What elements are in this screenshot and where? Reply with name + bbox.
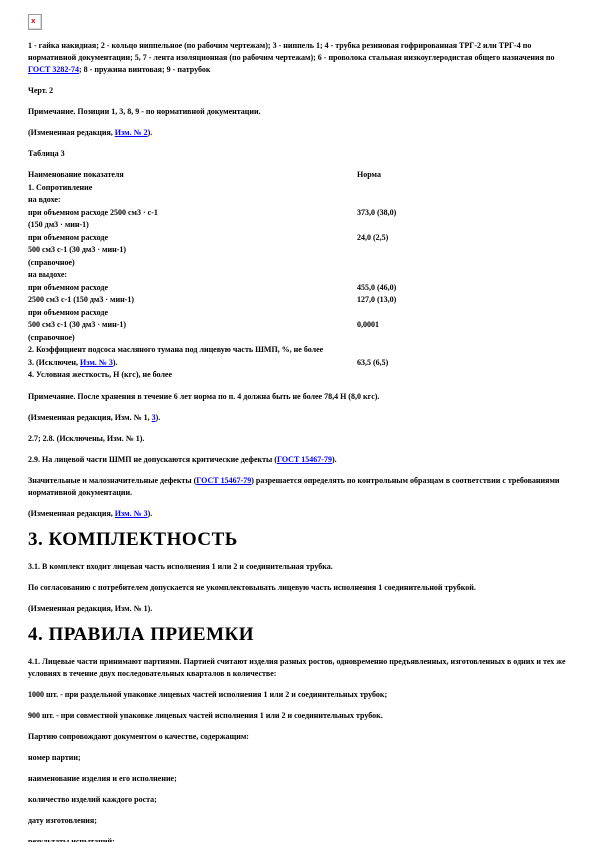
broken-image-icon: x xyxy=(28,14,42,30)
gost-3282-74-link[interactable]: ГОСТ 3282-74 xyxy=(28,65,79,74)
clause-4-1: 4.1. Лицевые части принимают партиями. П… xyxy=(28,656,570,680)
table-row: 2500 см3 с-1 (150 дм3 · мин-1) 127,0 (13… xyxy=(28,294,570,307)
table-row: (справочное) xyxy=(28,257,570,270)
table-row: (150 дм3 · мин-1) xyxy=(28,219,570,232)
figure-label: Черт. 2 xyxy=(28,85,570,97)
figure-note: Примечание. Позиции 1, 3, 8, 9 - по норм… xyxy=(28,106,570,118)
revision-note-izm1: (Измененная редакция, Изм. № 1). xyxy=(28,603,570,615)
clause-3-1-addendum: По согласованию с потребителем допускает… xyxy=(28,582,570,594)
figure-caption-text-tail: ; 8 - пружина винтовая; 9 - патрубок xyxy=(79,65,211,74)
revision-note-izm3: (Измененная редакция, Изм. № 3). xyxy=(28,508,570,520)
table-row: на выдохе: xyxy=(28,269,570,282)
table-note: Примечание. После хранения в течение 6 л… xyxy=(28,391,570,403)
clause-3-1: 3.1. В комплект входит лицевая часть исп… xyxy=(28,561,570,573)
table-row: при объемном расходе 2500 см3 · с-1 373,… xyxy=(28,207,570,220)
figure-caption-text: 1 - гайка накидная; 2 - кольцо ниппельно… xyxy=(28,41,555,62)
quality-doc-item: дату изготовления; xyxy=(28,815,570,827)
izm-3-link-2[interactable]: Изм. № 3 xyxy=(115,509,148,518)
table-row: 2. Коэффициент подсоса масляного тумана … xyxy=(28,344,570,357)
table-row: (справочное) xyxy=(28,332,570,345)
clause-2-7-2-8-excluded: 2.7; 2.8. (Исключены, Изм. № 1). xyxy=(28,433,570,445)
section-4-heading: 4. ПРАВИЛА ПРИЕМКИ xyxy=(28,624,570,646)
col-header-name: Наименование показателя xyxy=(28,169,350,182)
document-page: x 1 - гайка накидная; 2 - кольцо ниппель… xyxy=(0,0,595,842)
section-3-heading: 3. КОМПЛЕКТНОСТЬ xyxy=(28,529,570,551)
clause-2-9: 2.9. На лицевой части ШМП не допускаются… xyxy=(28,454,570,466)
table-row: 500 см3 с-1 (30 дм3 · мин-1) xyxy=(28,244,570,257)
clause-4-1-qty-900: 900 шт. - при совместной упаковке лицевы… xyxy=(28,710,570,722)
table-revision-note: (Измененная редакция, Изм. № 1, 3). xyxy=(28,412,570,424)
table-row: 1. Сопротивление xyxy=(28,182,570,195)
table-row: при объемном расходе 455,0 (46,0) xyxy=(28,282,570,295)
table-title: Таблица 3 xyxy=(28,148,570,160)
table-3: Наименование показателя Норма 1. Сопроти… xyxy=(28,169,570,382)
table-row: на вдохе: xyxy=(28,194,570,207)
izm-3-link[interactable]: Изм. № 3 xyxy=(80,358,113,367)
quality-doc-item: номер партии; xyxy=(28,752,570,764)
table-row: при объемном расходе 24,0 (2,5) xyxy=(28,232,570,245)
defects-paragraph: Значительные и малозначительные дефекты … xyxy=(28,475,570,499)
gost-15467-79-link-2[interactable]: ГОСТ 15467-79 xyxy=(196,476,251,485)
col-header-norm: Норма xyxy=(350,169,570,182)
quality-doc-item: количество изделий каждого роста; xyxy=(28,794,570,806)
quality-doc-item: наименование изделия и его исполнение; xyxy=(28,773,570,785)
figure-revision-note: (Измененная редакция, Изм. № 2). xyxy=(28,127,570,139)
clause-4-1-qty-1000: 1000 шт. - при раздельной упаковке лицев… xyxy=(28,689,570,701)
table-header-row: Наименование показателя Норма xyxy=(28,169,570,182)
table-row: 500 см3 с-1 (30 дм3 · мин-1) 0,0001 xyxy=(28,319,570,332)
table-row-excluded-item: 3. (Исключен, Изм. № 3). 63,5 (6,5) xyxy=(28,357,570,370)
broken-image-x-glyph: x xyxy=(29,15,36,25)
table-row: при объемном расходе xyxy=(28,307,570,320)
quality-document-intro: Партию сопровождают документом о качеств… xyxy=(28,731,570,743)
table-row: 4. Условная жесткость, Н (кгс), не более xyxy=(28,369,570,382)
quality-doc-item: результаты испытаний; xyxy=(28,836,570,842)
figure-caption: 1 - гайка накидная; 2 - кольцо ниппельно… xyxy=(28,40,570,76)
gost-15467-79-link[interactable]: ГОСТ 15467-79 xyxy=(277,455,332,464)
izm-2-link[interactable]: Изм. № 2 xyxy=(115,128,148,137)
